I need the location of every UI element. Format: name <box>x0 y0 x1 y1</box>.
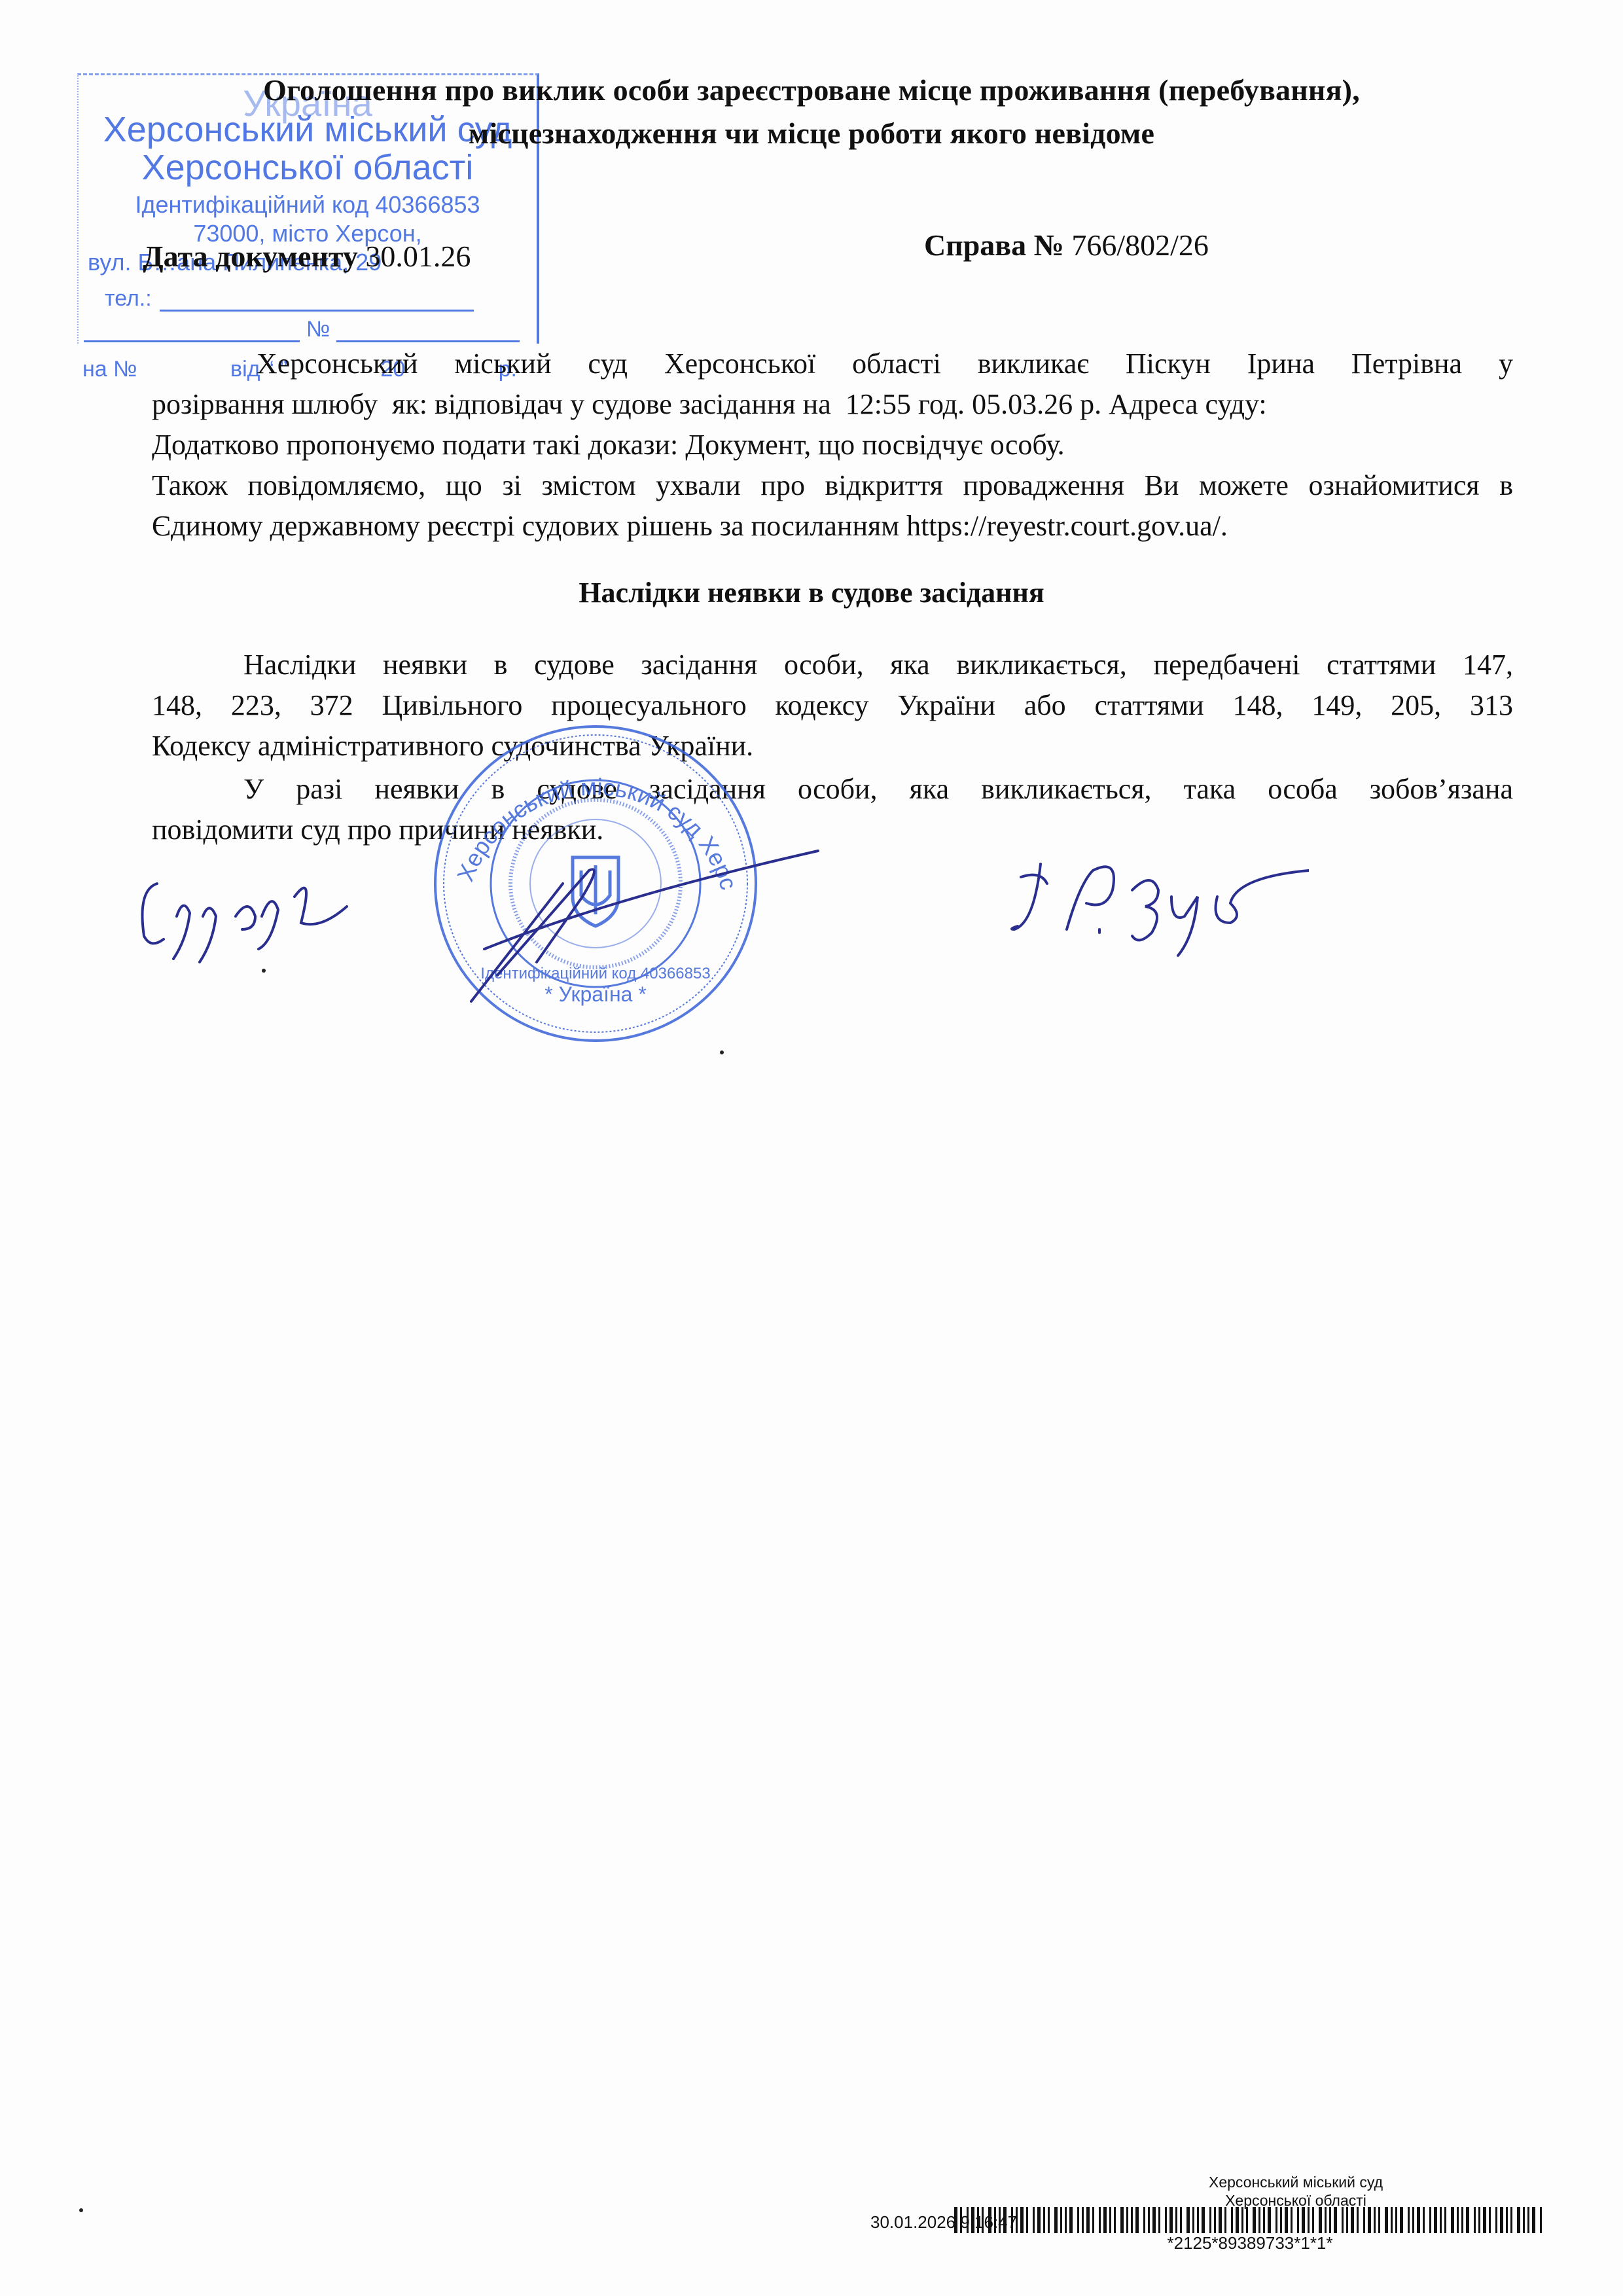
summons-verb: викликає <box>978 348 1089 380</box>
svg-text:* Україна *: * Україна * <box>544 982 647 1006</box>
summons-line1-tail: у <box>1499 348 1513 380</box>
document-date-label: Дата документу <box>143 240 358 273</box>
consequences-line4: У разі неявки в судове засідання особи, … <box>152 769 1513 810</box>
stamp-number-blank-right <box>336 321 520 342</box>
case-number-label: Справа № <box>924 228 1064 262</box>
footer-court-line1: Херсонський міський суд <box>1165 2173 1427 2191</box>
svg-text:Ідентифікаційний код 40366853: Ідентифікаційний код 40366853 <box>480 965 710 982</box>
trident-emblem-icon <box>573 857 618 926</box>
registry-link[interactable]: https://reyestr.court.gov.ua/. <box>906 510 1228 542</box>
consequences-line2: 148, 223, 372 Цивільного процесуального … <box>152 685 1513 726</box>
consequences-paragraph: Наслідки неявки в судове засідання особи… <box>152 645 1513 850</box>
case-number-value: 766/802/26 <box>1071 228 1209 262</box>
stamp-phone-blank <box>160 290 474 312</box>
summons-hearing-date: 05.03.26 р. <box>972 388 1101 420</box>
summons-registry-text: Єдиному державному реєстрі судових рішен… <box>152 510 899 542</box>
document-title-line1: Оголошення про виклик особи зареєстрован… <box>131 72 1492 108</box>
case-number: Справа № 766/802/26 <box>924 228 1209 262</box>
stamp-phone-label: тел.: <box>105 286 152 312</box>
summons-line1: Херсонський міський суд Херсонської обла… <box>152 344 1513 384</box>
summons-court: Херсонський міський суд Херсонської обла… <box>257 348 941 380</box>
summons-paragraph: Херсонський міський суд Херсонської обла… <box>152 344 1513 547</box>
consequences-line5: повідомити суд про причини неявки. <box>152 810 1513 850</box>
summons-registry-line1: Також повідомляємо, що зі змістом ухвали… <box>152 465 1513 506</box>
stamp-number-row: № <box>79 317 537 342</box>
stamp-number-blank-left <box>84 321 300 342</box>
summons-role-prefix: як: <box>392 388 427 420</box>
scan-dot <box>262 969 266 973</box>
summons-line2: розірвання шлюбу як: відповідач у судове… <box>152 384 1513 425</box>
stamp-number-label: № <box>306 317 330 342</box>
judge-label-handwritten <box>131 857 353 988</box>
summons-evidence-line: Додатково пропонуємо подати такі докази:… <box>152 425 1513 465</box>
summons-hearing-text: у судове засідання на <box>570 388 831 420</box>
consequences-line3: Кодексу адміністративного судочинства Ук… <box>152 726 1513 766</box>
scan-dot <box>79 2208 83 2212</box>
consequences-heading: Наслідки неявки в судове засідання <box>0 576 1623 609</box>
summons-person: Піскун Ірина Петрівна <box>1126 348 1462 380</box>
stamp-id-code: Ідентифікаційний код 40366853 <box>79 190 537 219</box>
summons-registry-line2: Єдиному державному реєстрі судових рішен… <box>152 506 1513 547</box>
summons-case-subject: розірвання шлюбу <box>152 388 378 420</box>
court-rect-stamp: Україна Херсонський міський суд Херсонсь… <box>77 73 539 344</box>
stamp-phone-row: тел.: <box>79 286 537 312</box>
stamp-ref-no-label: на № <box>82 357 137 382</box>
judge-signature <box>458 844 825 1008</box>
stamp-region: Херсонської області <box>79 149 537 187</box>
scan-dot <box>720 1050 724 1054</box>
barcode-text: *2125*89389733*1*1* <box>1021 2233 1479 2253</box>
barcode <box>954 2207 1544 2233</box>
consequences-line1: Наслідки неявки в судове засідання особи… <box>152 645 1513 685</box>
footer-court: Херсонський міський суд Херсонської обла… <box>1165 2173 1427 2210</box>
document-date: Дата документу 30.01.26 <box>143 239 471 274</box>
summons-address-label: Адреса суду: <box>1109 388 1267 420</box>
summons-role: відповідач <box>435 388 563 420</box>
document-date-value: 30.01.26 <box>365 240 471 273</box>
summons-hearing-time: 12:55 год. <box>846 388 965 420</box>
judge-name-handwritten <box>1008 857 1309 962</box>
document-title-line2: місцезнаходження чи місце роботи якого н… <box>131 115 1492 151</box>
